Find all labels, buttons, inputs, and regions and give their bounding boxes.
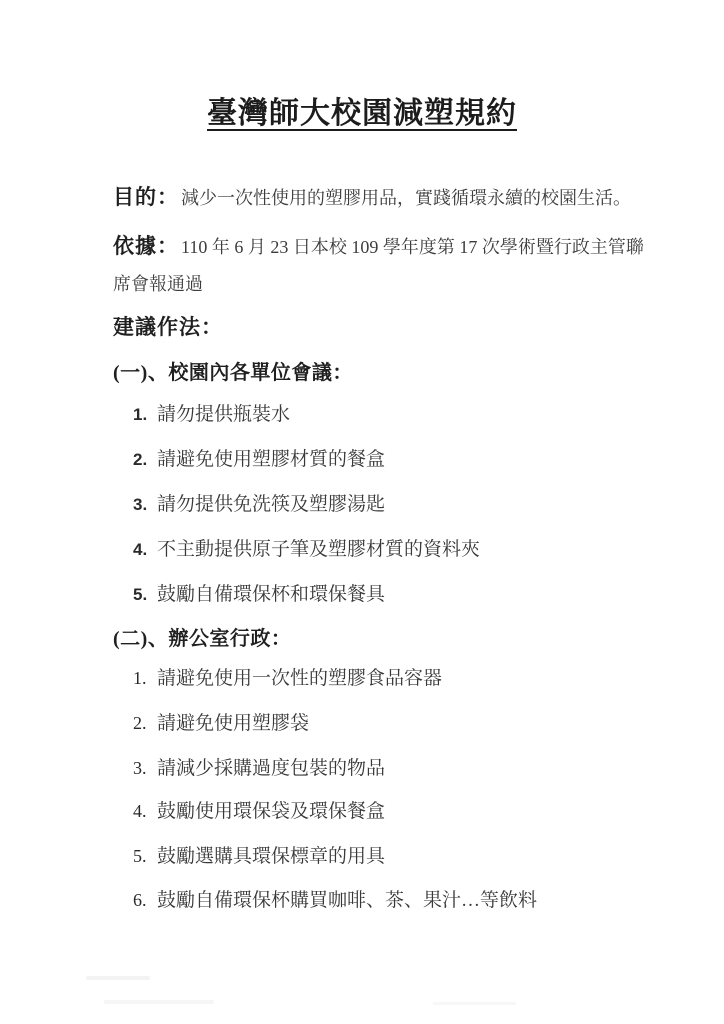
document-page: 臺灣師大校園減塑規約 目的：減少一次性使用的塑膠用品，實踐循環永續的校園生活。 … [0, 0, 724, 1024]
document-title: 臺灣師大校園減塑規約 [0, 88, 724, 132]
item-number: 5. [133, 846, 157, 868]
item-number: 3. [133, 758, 157, 780]
item-text: 鼓勵使用環保袋及環保餐盒 [157, 801, 385, 822]
item-text: 鼓勵選購具環保標章的用具 [157, 846, 385, 867]
basis-text-2: 席會報通過 [113, 274, 203, 294]
basis-line-2: 席會報通過 [113, 274, 203, 296]
basis-line-1: 依據：110 年 6 月 23 日本校 109 學年度第 17 次學術暨行政主管… [113, 234, 644, 259]
section2-item-1: 1.請避免使用一次性的塑膠食品容器 [133, 668, 442, 691]
scan-artifact [104, 1000, 214, 1004]
item-text: 請減少採購過度包裝的物品 [157, 758, 385, 779]
item-number: 2. [133, 450, 157, 470]
item-number: 2. [133, 713, 157, 735]
item-number: 3. [133, 495, 157, 515]
section2-item-6: 6.鼓勵自備環保杯購買咖啡、茶、果汁…等飲料 [133, 890, 537, 913]
item-text: 鼓勵自備環保杯購買咖啡、茶、果汁…等飲料 [157, 890, 537, 911]
item-text: 請避免使用塑膠材質的餐盒 [157, 449, 385, 470]
basis-text-1: 110 年 6 月 23 日本校 109 學年度第 17 次學術暨行政主管聯 [181, 237, 644, 257]
scan-artifact [433, 1002, 516, 1005]
section2-item-4: 4.鼓勵使用環保袋及環保餐盒 [133, 801, 385, 824]
suggestions-heading: 建議作法： [113, 315, 223, 340]
item-number: 4. [133, 540, 157, 560]
item-number: 5. [133, 585, 157, 605]
item-number: 4. [133, 801, 157, 823]
purpose-label: 目的： [113, 185, 179, 209]
item-text: 請勿提供瓶裝水 [157, 404, 290, 425]
item-text: 請避免使用一次性的塑膠食品容器 [157, 668, 442, 689]
section1-item-1: 1.請勿提供瓶裝水 [133, 404, 290, 427]
item-number: 1. [133, 668, 157, 690]
section1-heading: (一)、校園內各單位會議： [113, 361, 353, 385]
section1-item-4: 4.不主動提供原子筆及塑膠材質的資料夾 [133, 539, 480, 562]
section1-item-2: 2.請避免使用塑膠材質的餐盒 [133, 449, 385, 472]
item-text: 不主動提供原子筆及塑膠材質的資料夾 [157, 539, 480, 560]
purpose-line: 目的：減少一次性使用的塑膠用品，實踐循環永續的校園生活。 [113, 185, 631, 210]
scan-artifact [86, 976, 150, 980]
item-text: 請避免使用塑膠袋 [157, 713, 309, 734]
item-text: 鼓勵自備環保杯和環保餐具 [157, 584, 385, 605]
section1-item-5: 5.鼓勵自備環保杯和環保餐具 [133, 584, 385, 607]
section2-item-2: 2.請避免使用塑膠袋 [133, 713, 309, 736]
item-number: 1. [133, 405, 157, 425]
purpose-text: 減少一次性使用的塑膠用品，實踐循環永續的校園生活。 [181, 188, 631, 208]
section2-item-5: 5.鼓勵選購具環保標章的用具 [133, 846, 385, 869]
section1-item-3: 3.請勿提供免洗筷及塑膠湯匙 [133, 494, 385, 517]
section2-heading: (二)、辦公室行政： [113, 627, 291, 651]
basis-label: 依據： [113, 234, 179, 258]
document-title-text: 臺灣師大校園減塑規約 [207, 97, 517, 130]
section2-item-3: 3.請減少採購過度包裝的物品 [133, 758, 385, 781]
item-text: 請勿提供免洗筷及塑膠湯匙 [157, 494, 385, 515]
item-number: 6. [133, 890, 157, 912]
